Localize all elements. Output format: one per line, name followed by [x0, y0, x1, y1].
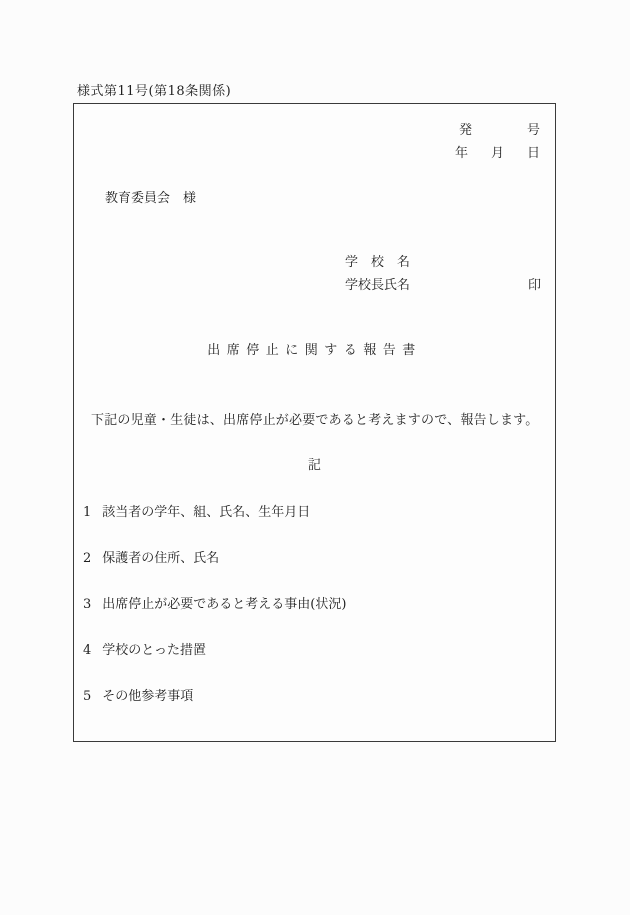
item-text: 出席停止が必要であると考える事由(状況) — [102, 596, 346, 613]
item-text: 該当者の学年、組、氏名、生年月日 — [102, 504, 310, 521]
item-number: 5 — [83, 688, 91, 705]
item-number: 2 — [83, 550, 91, 567]
item-number: 3 — [83, 596, 91, 613]
list-item: 1 該当者の学年、組、氏名、生年月日 — [83, 504, 310, 521]
items-list: 1 該当者の学年、組、氏名、生年月日 2 保護者の住所、氏名 3 出席停止が必要… — [74, 104, 555, 741]
form-number-label: 様式第11号(第18条関係) — [77, 83, 231, 100]
document-page: 様式第11号(第18条関係) 発 号 年 月 日 教育委員会 様 学 校 名 学… — [0, 0, 630, 915]
item-number: 4 — [83, 642, 91, 659]
list-item: 5 その他参考事項 — [83, 688, 193, 705]
item-number: 1 — [83, 504, 91, 521]
list-item: 4 学校のとった措置 — [83, 642, 206, 659]
item-text: 保護者の住所、氏名 — [102, 550, 219, 567]
list-item: 3 出席停止が必要であると考える事由(状況) — [83, 596, 346, 613]
item-text: 学校のとった措置 — [102, 642, 206, 659]
item-text: その他参考事項 — [102, 688, 193, 705]
document-border-box: 発 号 年 月 日 教育委員会 様 学 校 名 学校長氏名 印 出席停止に関する… — [73, 103, 556, 742]
list-item: 2 保護者の住所、氏名 — [83, 550, 219, 567]
